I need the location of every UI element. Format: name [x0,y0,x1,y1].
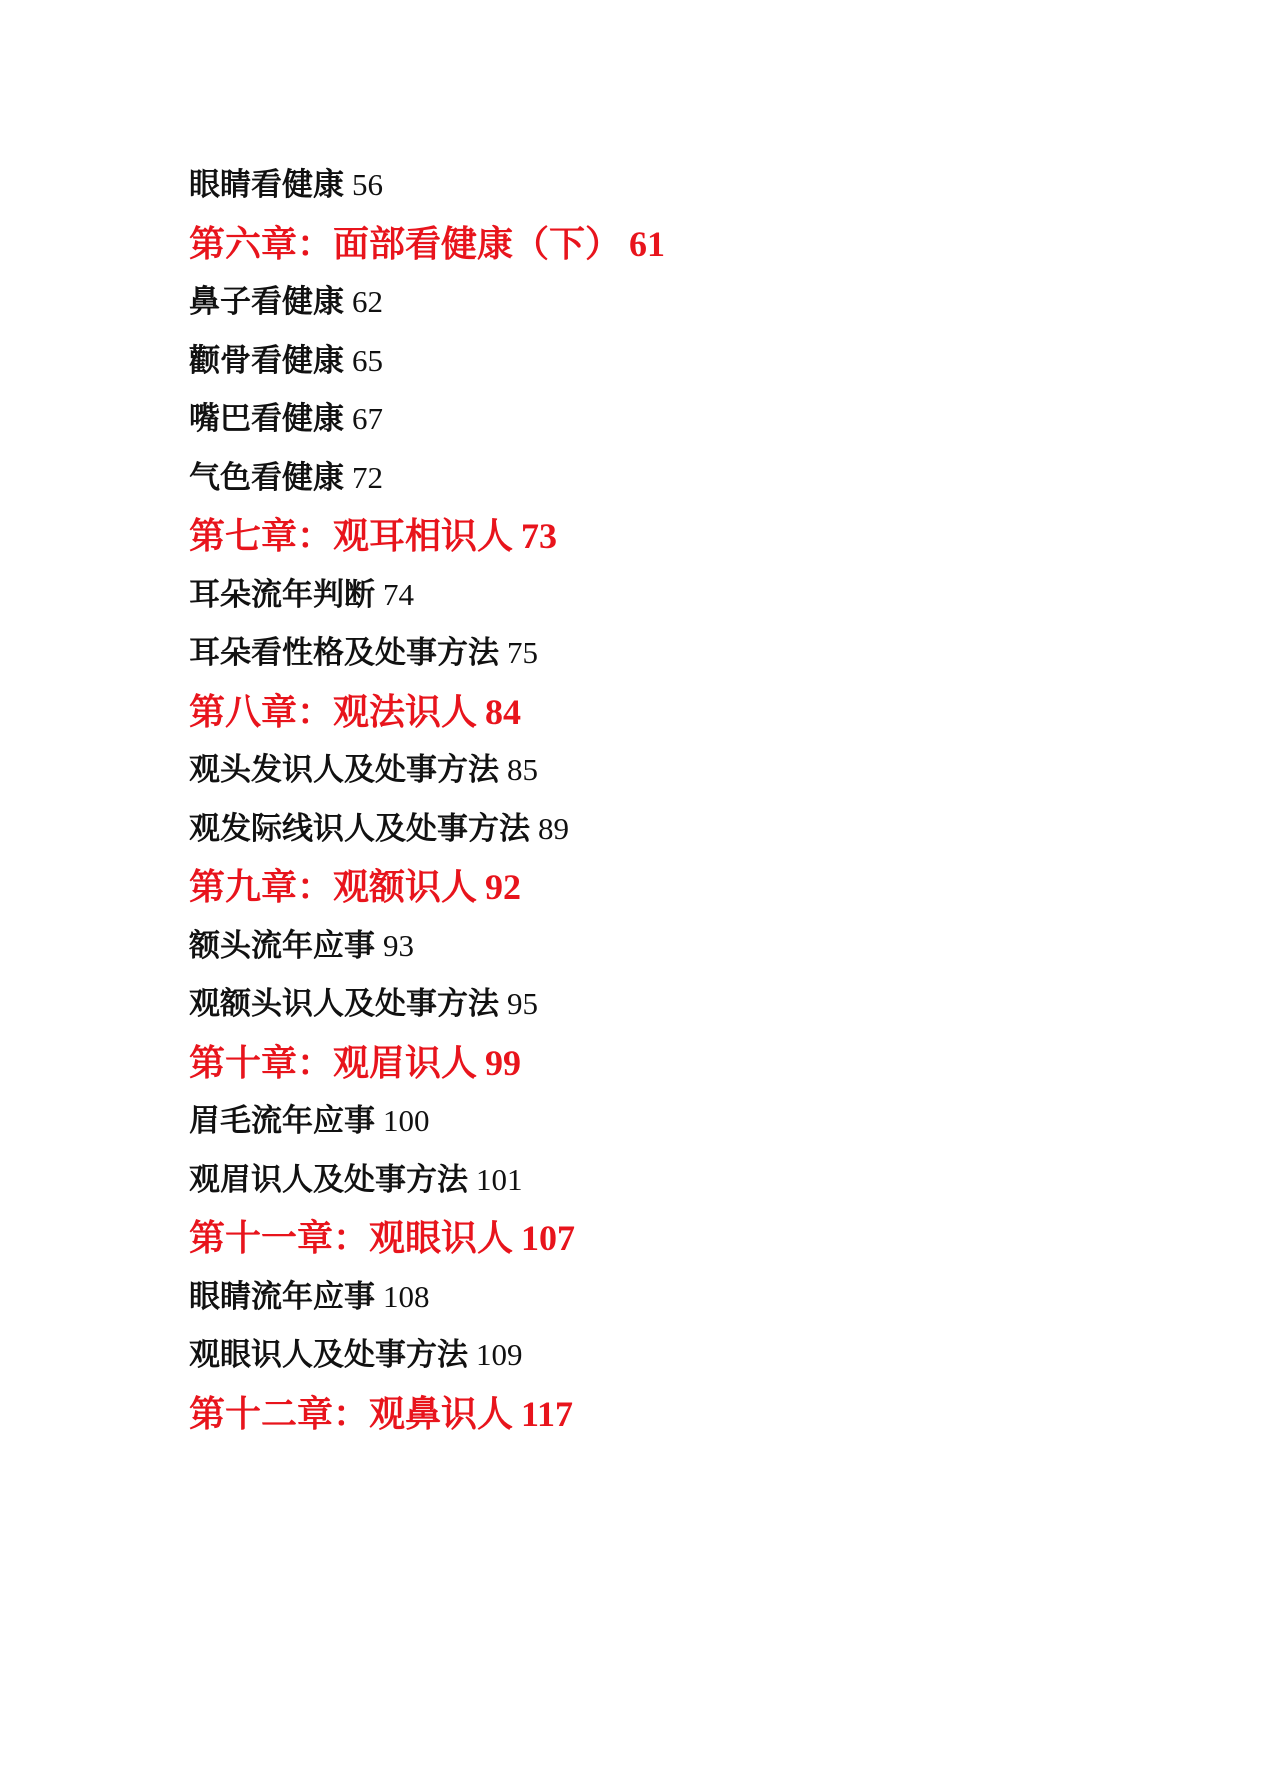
toc-chapter-heading: 第六章：面部看健康（下）61 [189,215,665,274]
toc-section-entry: 眉毛流年应事100 [189,1092,665,1151]
entry-page-number: 56 [352,167,383,202]
toc-section-entry: 观发际线识人及处事方法89 [189,800,665,859]
toc-section-entry: 颧骨看健康65 [189,332,665,391]
entry-title: 第九章：观额识人 [189,866,477,908]
toc-chapter-heading: 第八章：观法识人84 [189,683,665,742]
entry-page-number: 117 [521,1394,573,1434]
entry-title: 第六章：面部看健康（下） [189,223,621,265]
toc-chapter-heading: 第十章：观眉识人99 [189,1034,665,1093]
entry-title: 第八章：观法识人 [189,691,477,733]
entry-title: 眉毛流年应事 [189,1103,375,1139]
entry-page-number: 89 [538,811,569,846]
toc-section-entry: 鼻子看健康62 [189,273,665,332]
entry-title: 观头发识人及处事方法 [189,752,499,788]
toc-section-entry: 眼睛流年应事108 [189,1268,665,1327]
entry-page-number: 73 [521,516,557,556]
entry-page-number: 74 [383,577,414,612]
toc-chapter-heading: 第九章：观额识人92 [189,858,665,917]
toc-chapter-heading: 第十一章：观眼识人107 [189,1209,665,1268]
entry-page-number: 61 [629,224,665,264]
entry-title: 观发际线识人及处事方法 [189,811,530,847]
entry-page-number: 67 [352,401,383,436]
entry-title: 眼睛流年应事 [189,1279,375,1315]
entry-title: 第十二章：观鼻识人 [189,1393,513,1435]
entry-title: 观眼识人及处事方法 [189,1337,468,1373]
entry-title: 颧骨看健康 [189,343,344,379]
toc-section-entry: 耳朵流年判断74 [189,566,665,625]
entry-page-number: 107 [521,1218,575,1258]
toc-chapter-heading: 第七章：观耳相识人73 [189,507,665,566]
entry-title: 额头流年应事 [189,928,375,964]
entry-title: 第十章：观眉识人 [189,1042,477,1084]
entry-page-number: 85 [507,752,538,787]
entry-page-number: 100 [383,1103,430,1138]
toc-section-entry: 观额头识人及处事方法95 [189,975,665,1034]
entry-page-number: 101 [476,1162,523,1197]
toc-section-entry: 眼睛看健康56 [189,156,665,215]
entry-page-number: 95 [507,986,538,1021]
entry-title: 观额头识人及处事方法 [189,986,499,1022]
toc-chapter-heading: 第十二章：观鼻识人117 [189,1385,665,1444]
table-of-contents: 眼睛看健康56 第六章：面部看健康（下）61 鼻子看健康62 颧骨看健康65 嘴… [189,156,665,1443]
entry-title: 气色看健康 [189,460,344,496]
toc-section-entry: 耳朵看性格及处事方法75 [189,624,665,683]
entry-page-number: 62 [352,284,383,319]
entry-page-number: 92 [485,867,521,907]
entry-title: 耳朵流年判断 [189,577,375,613]
entry-page-number: 72 [352,460,383,495]
entry-page-number: 75 [507,635,538,670]
toc-section-entry: 气色看健康72 [189,449,665,508]
entry-title: 嘴巴看健康 [189,401,344,437]
toc-section-entry: 观眼识人及处事方法109 [189,1326,665,1385]
entry-page-number: 99 [485,1043,521,1083]
toc-section-entry: 观头发识人及处事方法85 [189,741,665,800]
entry-title: 观眉识人及处事方法 [189,1162,468,1198]
entry-title: 第七章：观耳相识人 [189,515,513,557]
toc-section-entry: 观眉识人及处事方法101 [189,1151,665,1210]
entry-page-number: 109 [476,1337,523,1372]
entry-title: 眼睛看健康 [189,167,344,203]
entry-title: 鼻子看健康 [189,284,344,320]
entry-page-number: 65 [352,343,383,378]
entry-title: 耳朵看性格及处事方法 [189,635,499,671]
toc-section-entry: 额头流年应事93 [189,917,665,976]
entry-page-number: 84 [485,692,521,732]
toc-section-entry: 嘴巴看健康67 [189,390,665,449]
entry-page-number: 108 [383,1279,430,1314]
entry-page-number: 93 [383,928,414,963]
entry-title: 第十一章：观眼识人 [189,1217,513,1259]
